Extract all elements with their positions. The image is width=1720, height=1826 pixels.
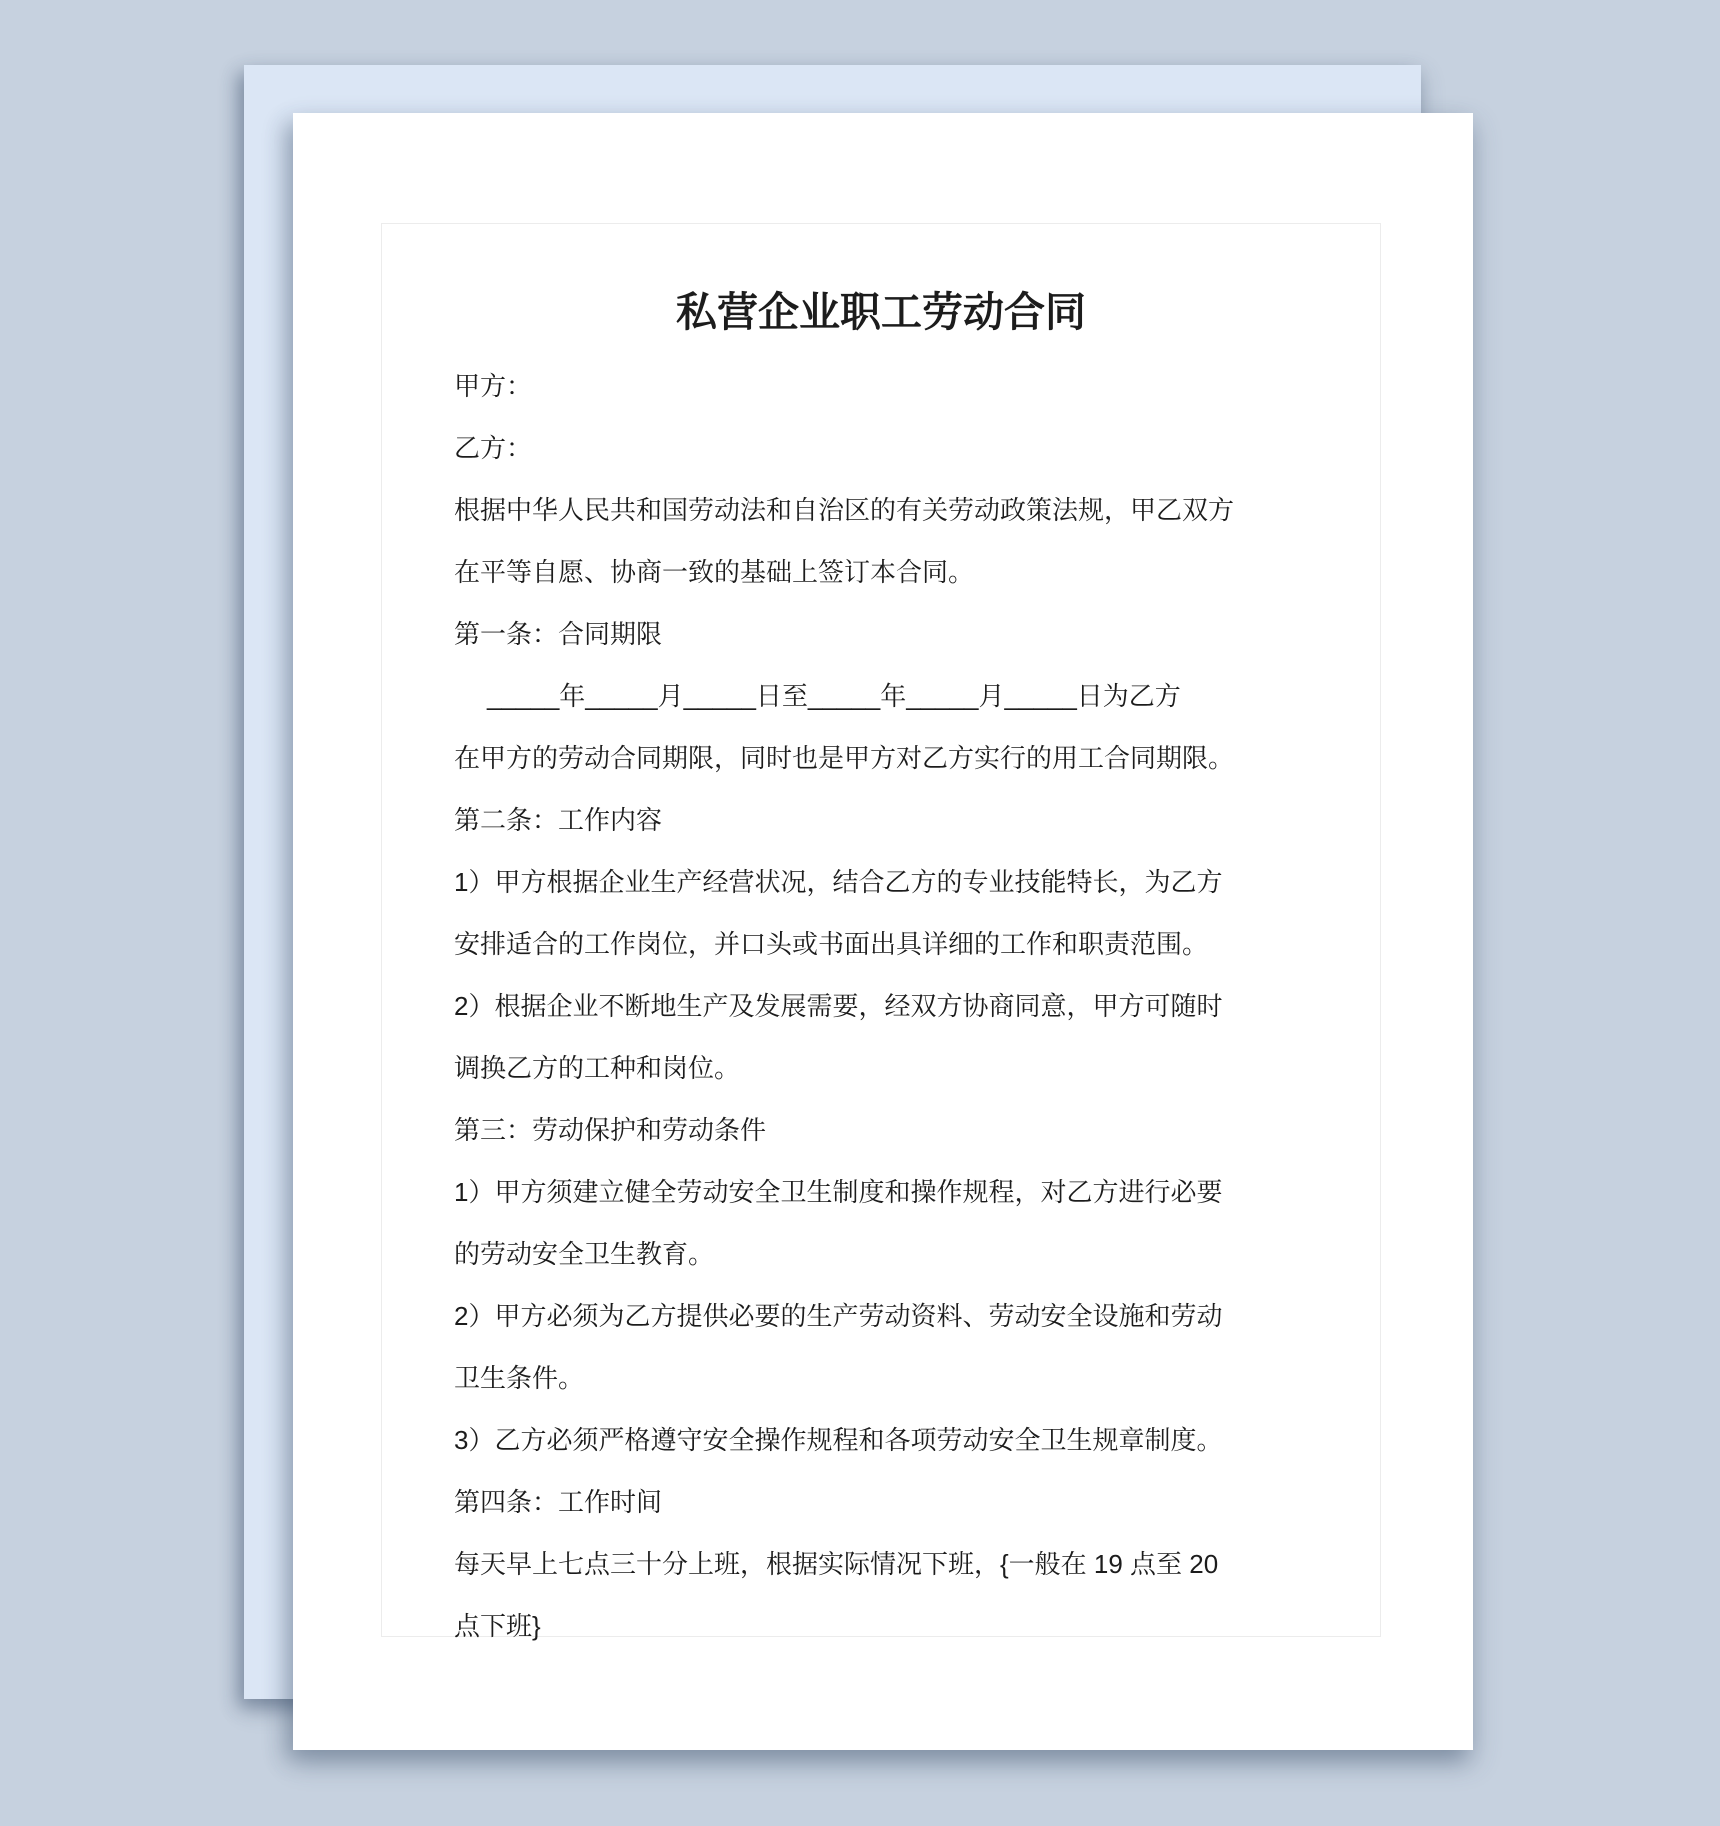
contract-paragraph: 1）甲方须建立健全劳动安全卫生制度和操作规程，对乙方进行必要 的劳动安全卫生教育…: [454, 1161, 1254, 1285]
contract-paragraph: 乙方：: [454, 417, 1254, 479]
contract-paragraph: 2）根据企业不断地生产及发展需要，经双方协商同意，甲方可随时 调换乙方的工种和岗…: [454, 975, 1254, 1099]
contract-paragraph: 根据中华人民共和国劳动法和自治区的有关劳动政策法规，甲乙双方 在平等自愿、协商一…: [454, 479, 1254, 603]
contract-page: 私营企业职工劳动合同 甲方：乙方：根据中华人民共和国劳动法和自治区的有关劳动政策…: [293, 113, 1473, 1750]
contract-paragraph: _____年_____月_____日至_____年_____月_____日为乙方…: [454, 665, 1254, 789]
contract-paragraph: 第三：劳动保护和劳动条件: [454, 1099, 1254, 1161]
contract-paragraph: 第二条：工作内容: [454, 789, 1254, 851]
contract-paragraph: 2）甲方必须为乙方提供必要的生产劳动资料、劳动安全设施和劳动 卫生条件。: [454, 1285, 1254, 1409]
contract-paragraph: 甲方：: [454, 355, 1254, 417]
page-inner-frame: 私营企业职工劳动合同 甲方：乙方：根据中华人民共和国劳动法和自治区的有关劳动政策…: [381, 223, 1381, 1637]
contract-paragraph: 1）甲方根据企业生产经营状况，结合乙方的专业技能特长，为乙方 安排适合的工作岗位…: [454, 851, 1254, 975]
preview-background: 私营企业职工劳动合同 甲方：乙方：根据中华人民共和国劳动法和自治区的有关劳动政策…: [0, 0, 1720, 1826]
contract-paragraph: 3）乙方必须严格遵守安全操作规程和各项劳动安全卫生规章制度。: [454, 1409, 1254, 1471]
contract-paragraph: 第四条：工作时间: [454, 1471, 1254, 1533]
contract-body: 甲方：乙方：根据中华人民共和国劳动法和自治区的有关劳动政策法规，甲乙双方 在平等…: [454, 355, 1254, 1657]
contract-paragraph: 每天早上七点三十分上班，根据实际情况下班，{一般在 19 点至 20 点下班}: [454, 1533, 1254, 1657]
contract-paragraph: 第一条：合同期限: [454, 603, 1254, 665]
contract-title: 私营企业职工劳动合同: [382, 287, 1380, 337]
